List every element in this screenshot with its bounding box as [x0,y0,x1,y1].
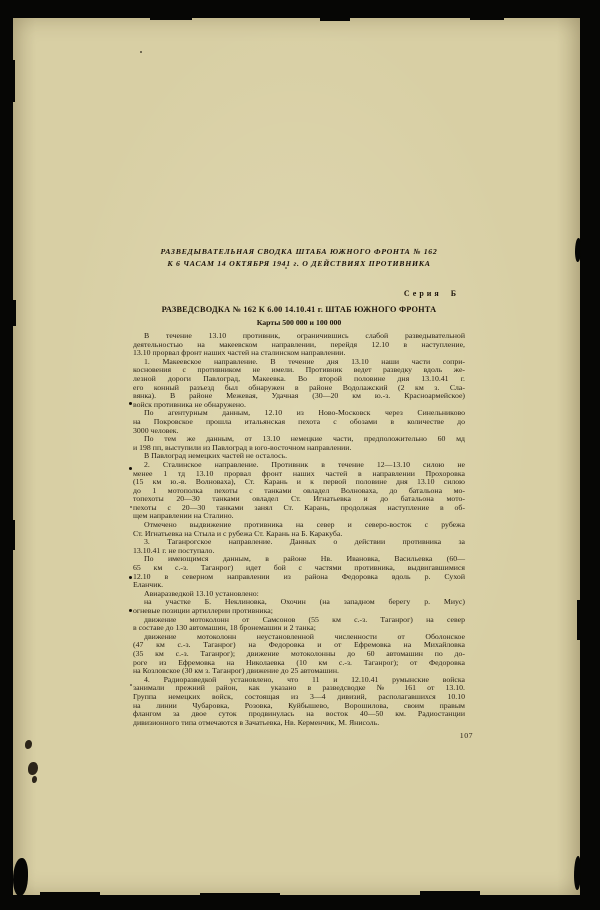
scan-edge-artifact [40,892,100,896]
ink-speck [129,576,132,579]
ink-stain [25,740,32,749]
report-title: РАЗВЕДЫВАТЕЛЬНАЯ СВОДКА ШТАБА ЮЖНОГО ФРО… [133,246,465,269]
body-line: дивизионного типа отмечаются в Зачатьевк… [133,719,465,728]
document-page: РАЗВЕДЫВАТЕЛЬНАЯ СВОДКА ШТАБА ЮЖНОГО ФРО… [13,18,580,895]
maps-note: Карты 500 000 и 100 000 [133,318,465,327]
scan-edge-artifact [470,18,504,20]
ink-speck [129,467,132,470]
ink-speck [130,684,132,686]
scan-edge-artifact [13,300,16,326]
scan-edge-artifact [13,60,15,102]
scan-edge-artifact [420,891,480,896]
scan-edge-artifact [577,600,581,640]
report-title-line1: РАЗВЕДЫВАТЕЛЬНАЯ СВОДКА ШТАБА ЮЖНОГО ФРО… [133,246,465,258]
scanned-page-canvas: РАЗВЕДЫВАТЕЛЬНАЯ СВОДКА ШТАБА ЮЖНОГО ФРО… [0,0,600,910]
report-body: В течение 13.10 противник, ограничившись… [133,332,465,727]
scan-edge-artifact [320,18,350,21]
scan-edge-artifact [575,238,581,262]
scan-edge-artifact [200,893,280,896]
ink-stain [32,776,37,783]
ink-stain [28,762,38,775]
body-line: 12.10 в северном направлении из района Ф… [133,573,465,582]
series-label: Серия Б [133,289,465,298]
ink-speck [130,506,132,508]
body-line: на Покровское прошла итальянская пехота … [133,418,465,427]
ink-speck [129,609,132,612]
scan-edge-artifact [13,520,15,550]
ink-speck [285,267,287,269]
page-number: 107 [460,731,473,740]
scan-edge-artifact [150,18,192,20]
ink-speck [129,402,132,405]
report-heading: РАЗВЕДСВОДКА № 162 К 6.00 14.10.41 г. ШТ… [133,305,465,314]
ink-speck [140,51,142,53]
report-title-line2: К 6 ЧАСАМ 14 ОКТЯБРЯ 1941 г. О ДЕЙСТВИЯХ… [133,258,465,270]
